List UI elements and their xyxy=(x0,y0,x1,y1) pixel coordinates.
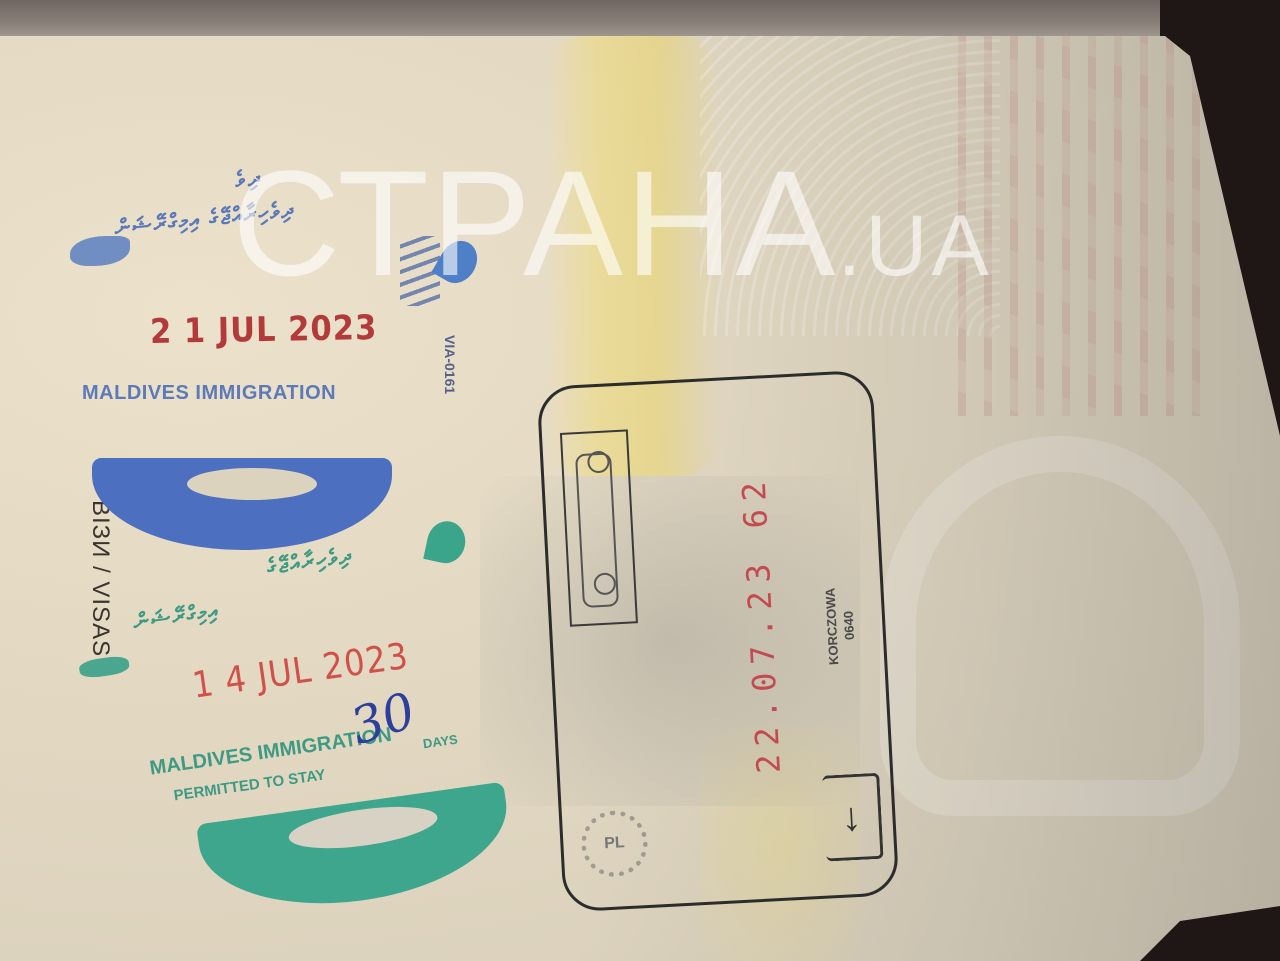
trident-emblem-watermark xyxy=(880,436,1240,816)
eu-stars-icon: PL xyxy=(580,809,649,878)
dhivehi-script-line-2: އިމިގްރޭޝަން xyxy=(132,598,222,636)
stamp-code: VIA-0161 xyxy=(442,335,458,394)
fish-icon xyxy=(78,655,130,680)
watermark: СТРАНА.UA xyxy=(232,148,993,298)
country-code: PL xyxy=(604,834,625,852)
dhivehi-script-line-1: ދިވެހިރާއްޖޭގެ xyxy=(265,543,354,581)
reef-scene-icon xyxy=(196,782,517,922)
stamp-border-exit: 22.07.23 62 KORCZOWA 0640 ↓ PL xyxy=(536,370,899,913)
watermark-main: СТРАНА xyxy=(232,139,837,307)
crossing-point: KORCZOWA 0640 xyxy=(822,586,860,665)
watermark-suffix: .UA xyxy=(837,198,992,294)
car-icon xyxy=(560,429,638,626)
stamp-maldives-green: ދިވެހިރާއްޖޭގެ އިމިގްރޭޝަން 1 4 JUL 2023… xyxy=(64,501,555,958)
exit-arrow-icon: ↓ xyxy=(822,773,883,862)
sun-icon xyxy=(423,518,469,567)
fish-icon xyxy=(70,236,130,266)
stamp-days-label: DAYS xyxy=(422,732,459,752)
stamp-date: 22.07.23 62 xyxy=(734,473,788,774)
stamp-date: 2 1 JUL 2023 xyxy=(150,308,378,352)
stamp-agency: MALDIVES IMMIGRATION xyxy=(82,382,336,405)
passport-top-edge xyxy=(0,0,1160,40)
